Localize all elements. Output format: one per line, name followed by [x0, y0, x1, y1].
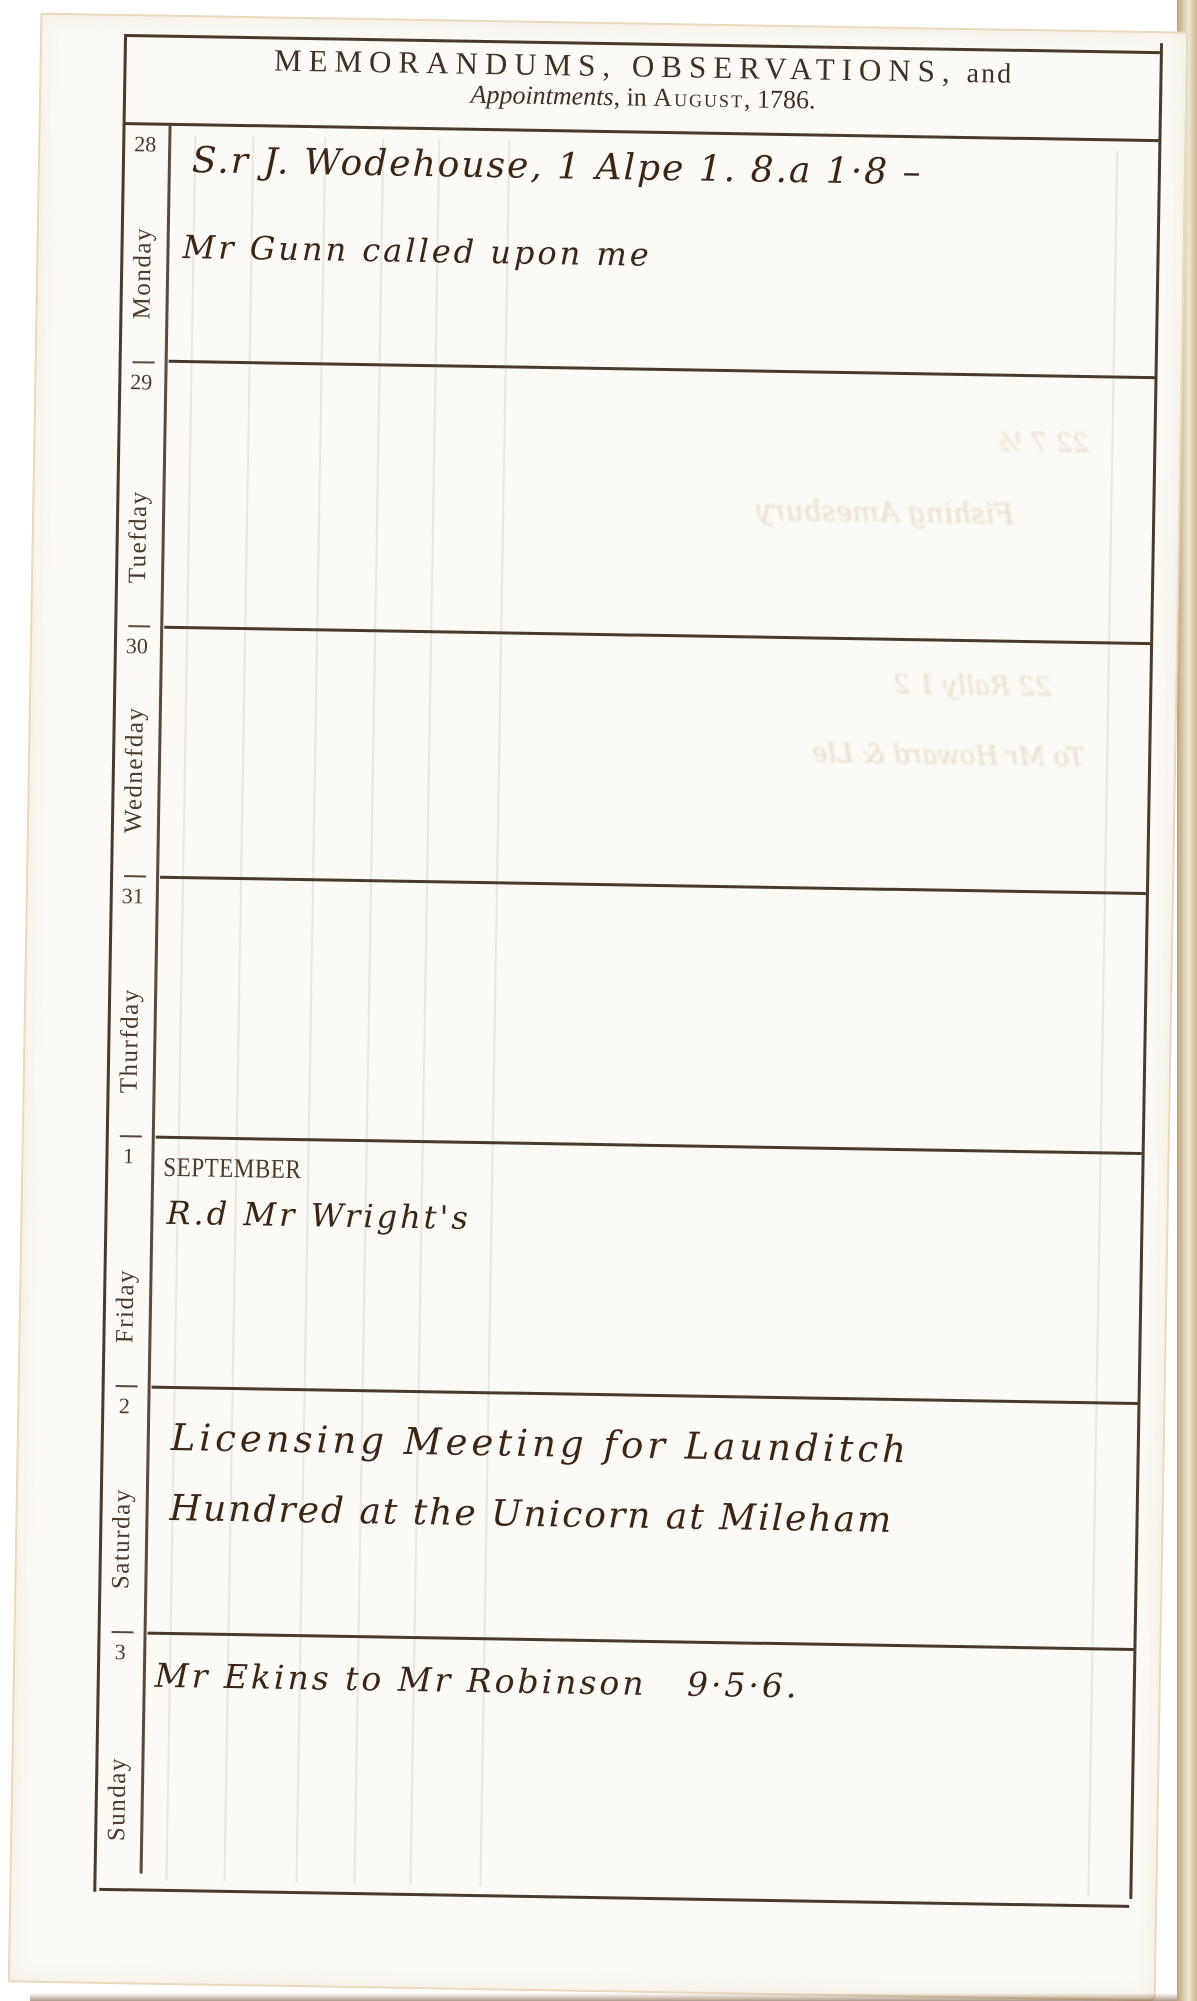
day-number: 31 [112, 883, 154, 910]
show-through-text: 22 7 ½ [997, 428, 1089, 460]
page-bottom-shadow [30, 1993, 1177, 2001]
day-number: 28 [124, 131, 166, 158]
day-label-column: 3 Sunday [93, 1633, 143, 1884]
day-label-column: 29 Tuefday [114, 363, 164, 626]
day-name: Saturday [107, 1488, 137, 1589]
show-through-text: 22 Rally 1 2 [893, 670, 1051, 703]
subtitle-connector: , in [613, 82, 653, 112]
handwritten-entry: Licensing Meeting for Launditch [170, 1416, 910, 1471]
day-name: Monday [128, 227, 158, 320]
subtitle-italic: Appointments [470, 80, 613, 111]
day-name: Sunday [103, 1757, 132, 1841]
day-number: 1 [107, 1143, 149, 1170]
show-through-text: Fishing Amesbury [756, 494, 1014, 531]
subtitle-year: , 1786. [744, 84, 816, 114]
day-label-column: 2 Saturday [98, 1387, 148, 1632]
show-through-text: To Mr Howard & Lle [812, 739, 1085, 774]
day-label-column: 28 Monday [119, 125, 169, 362]
day-row-28: 28 Monday S.r J. Wodehouse, 1 Alpe 1. 8.… [119, 125, 1163, 378]
day-number: 30 [116, 633, 158, 660]
day-name: Friday [111, 1269, 140, 1344]
day-label-column: 30 Wednefday [110, 627, 160, 876]
day-name: Wednefday [120, 706, 150, 833]
page-frame: MEMORANDUMS, OBSERVATIONS,and Appointmen… [93, 26, 1164, 1907]
month-label: SEPTEMBER [163, 1152, 302, 1185]
day-label-column: 1 Friday [102, 1137, 152, 1386]
day-row-sep-3: 3 Sunday Mr Ekins to Mr Robinson 9·5·6. [93, 1633, 1137, 1900]
handwritten-entry: S.r J. Wodehouse, 1 Alpe 1. 8.a 1·8 – [192, 140, 923, 193]
day-label-column: 31 Thurfday [106, 877, 156, 1136]
day-row-sep-2: 2 Saturday Licensing Meeting for Laundit… [98, 1387, 1142, 1648]
day-number: 3 [99, 1639, 141, 1666]
day-name: Tuefday [124, 490, 154, 583]
day-row-29: 29 Tuefday 22 7 ½ Fishing Amesbury [114, 363, 1158, 642]
diary-page: MEMORANDUMS, OBSERVATIONS,and Appointmen… [8, 13, 1189, 2001]
title-and: and [966, 58, 1013, 90]
day-name: Thurfday [116, 988, 146, 1093]
day-row-sep-1: 1 Friday SEPTEMBER R.d Mr Wright's [102, 1137, 1146, 1402]
handwritten-entry: R.d Mr Wright's [166, 1194, 471, 1237]
day-row-31: 31 Thurfday [106, 877, 1150, 1152]
day-number: 29 [120, 369, 162, 396]
handwritten-entry: Mr Gunn called upon me [182, 228, 652, 274]
subtitle-month: August [653, 83, 744, 114]
handwritten-entry: Hundred at the Unicorn at Mileham [169, 1488, 893, 1541]
day-number: 2 [103, 1393, 145, 1420]
day-row-30: 30 Wednefday 22 Rally 1 2 To Mr Howard &… [110, 627, 1154, 892]
handwritten-entry: Mr Ekins to Mr Robinson 9·5·6. [155, 1656, 800, 1706]
